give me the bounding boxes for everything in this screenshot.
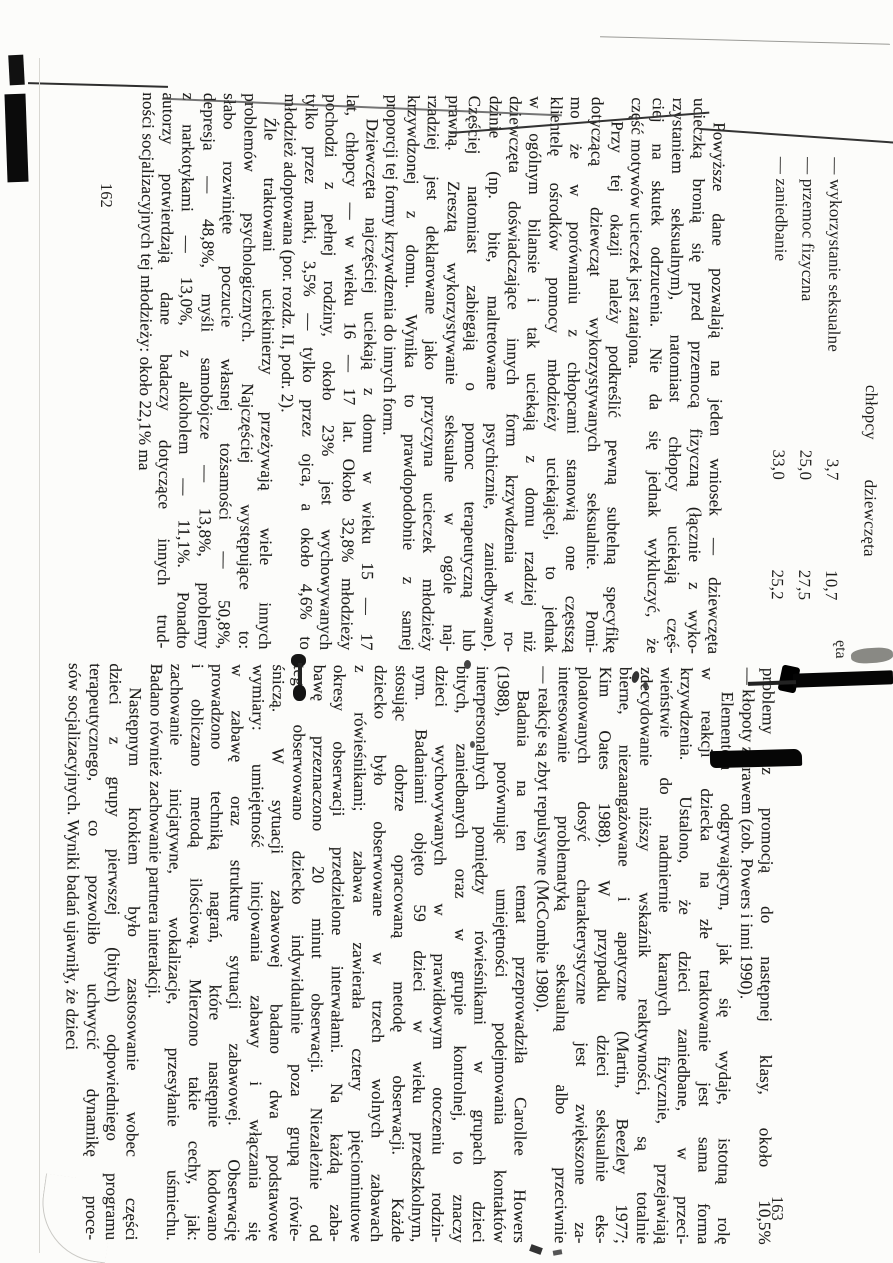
- text-line: wymiary: umiejętność inicjowania zabawy …: [243, 664, 267, 1241]
- paragraph: Powyższe dane pozwalają na jeden wniosek…: [621, 97, 729, 654]
- rotated-book-pages: chłopcy dziewczęta — wykorzystanie seksu…: [0, 0, 893, 1263]
- text-line: nym. Badaniami objęto 59 dzieci w wieku …: [407, 665, 431, 1242]
- data-table: chłopcy dziewczęta — wykorzystanie seksu…: [763, 99, 885, 656]
- table-value-boys: 33,0: [765, 412, 793, 480]
- table-row-label: — zaniedbanie: [766, 157, 796, 412]
- text-line: stosując dobrze opracowaną metodę obserw…: [386, 665, 410, 1242]
- text-line: tego obserwowano dziecko indywidualnie p…: [284, 665, 308, 1242]
- page-162: chłopcy dziewczęta — wykorzystanie seksu…: [131, 92, 885, 656]
- text-line: Kim Oates 1988). W przypadku dzieci seks…: [590, 667, 614, 1244]
- text-line: śniczą. W sytuacji zabawowej badano dwa …: [264, 664, 288, 1241]
- paragraph: Następnym krokiem było zastosowanie wobe…: [60, 663, 146, 1241]
- text-line: bitych, zaniedbanych oraz w grupie kontr…: [447, 666, 471, 1243]
- binding-mark: [4, 94, 28, 183]
- page-number-163: 163: [767, 1196, 787, 1221]
- stray-print-fragment: ęta: [831, 640, 849, 659]
- staple-mark: [291, 654, 311, 702]
- text-line: (1988), porównując umiejętności podejmow…: [488, 666, 512, 1243]
- table-value-girls: 25,2: [764, 480, 792, 600]
- text-line: terapeutycznego, co pozwoliło uchwycić d…: [80, 663, 104, 1240]
- fold-dot: [470, 741, 475, 748]
- paragraph: Przy tej okazji należy podkreślić pewną …: [376, 95, 627, 654]
- text-line: bierne, niezaangażowane i apatyczne (Mar…: [611, 667, 635, 1244]
- table-row-label: — przemoc fizyczna: [793, 157, 823, 412]
- paragraph: Elementem odgrywającym, jak się wydaje, …: [529, 666, 737, 1244]
- text-line: i obliczano metodą ilościową. Mierzono t…: [182, 664, 206, 1241]
- text-line: bawę przeznaczono 20 minut obserwacji. N…: [305, 665, 329, 1242]
- text-line: interesowanie problematyką seksualną alb…: [550, 666, 574, 1243]
- table-value-boys: 25,0: [792, 412, 820, 480]
- text-line: zachowanie inicjatywne, wokalizacje, prz…: [162, 664, 186, 1241]
- ink-mark: [710, 749, 802, 768]
- table-header-girls: dziewczęta: [859, 480, 881, 557]
- table-row-label: — wykorzystanie seksualne: [820, 157, 850, 412]
- binding-mark: [8, 55, 25, 86]
- text-line: wieństwie do nadmiernie karanych fizyczn…: [652, 667, 676, 1244]
- table-value-girls: 27,5: [791, 480, 819, 600]
- page-number-162: 162: [96, 183, 116, 208]
- fold-dot: [643, 682, 648, 689]
- paragraph: Badania na ten temat przeprowadziła Caro…: [141, 664, 533, 1244]
- page-163: problemy z promocją do następnej klasy, …: [60, 663, 778, 1245]
- table-header-row: chłopcy dziewczęta: [858, 100, 885, 656]
- text-line: dzieci z grupy pierwszej (bitych) odpowi…: [101, 663, 125, 1240]
- table-value-girls: 10,7: [818, 480, 846, 600]
- text-line: zdecydowanie niższy wskaźnik reaktywnośc…: [631, 667, 655, 1244]
- table-header-boys: chłopcy: [860, 385, 882, 440]
- paper-edge-line: [39, 58, 40, 1253]
- text-line: Badania na ten temat przeprowadziła Caro…: [509, 666, 533, 1243]
- text-line: z rówieśnikami; zabawa zawierała cztery …: [345, 665, 369, 1242]
- paragraph: Źle traktowani uciekinierzy przeżywają w…: [131, 92, 280, 649]
- staple-dot: [293, 685, 306, 701]
- table-value-boys: 3,7: [819, 412, 847, 480]
- fold-dot: [464, 660, 471, 669]
- text-line: Następnym krokiem było zastosowanie wobe…: [121, 663, 145, 1240]
- scanned-book-spread: chłopcy dziewczęta — wykorzystanie seksu…: [0, 0, 893, 1263]
- text-line: prowadzono techniką nagrań, które następ…: [203, 664, 227, 1241]
- paragraph: Dziewczęta najczęściej uciekają z domu w…: [274, 94, 382, 651]
